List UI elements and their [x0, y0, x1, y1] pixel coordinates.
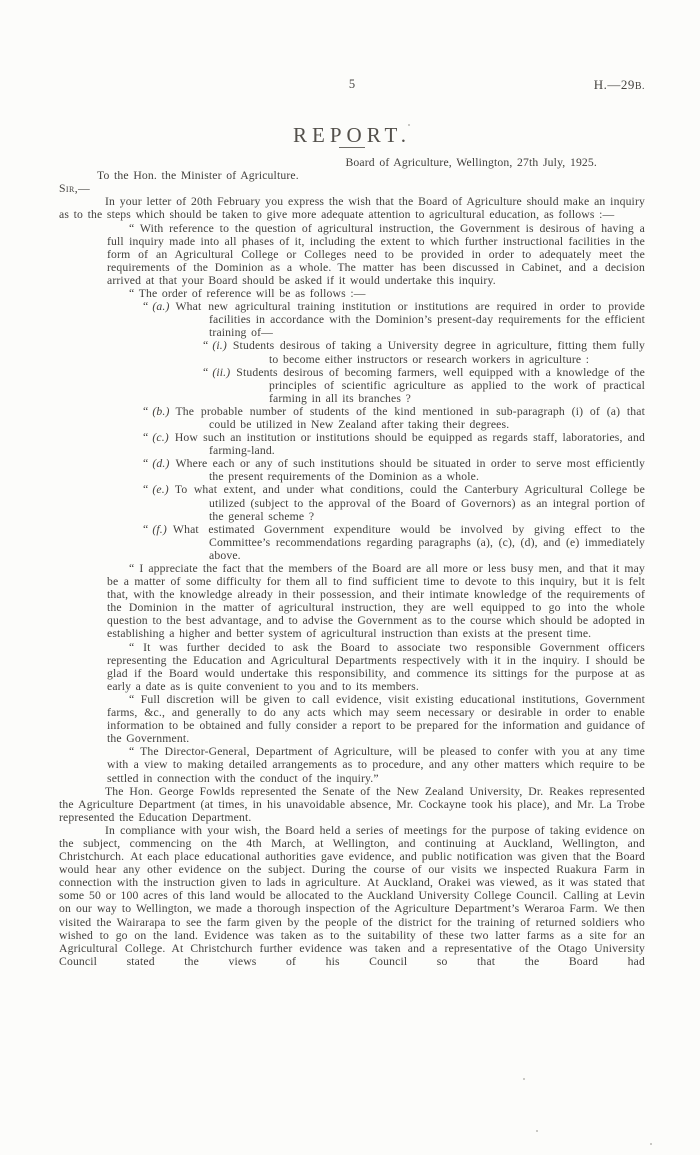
order-item-c: “(c.)How such an institution or institut…: [59, 431, 645, 457]
document-reference-suffix: B.: [635, 81, 645, 92]
paragraph-meetings: In compliance with your wish, the Board …: [59, 824, 645, 968]
scan-speck: [536, 1130, 538, 1132]
dateline: Board of Agriculture, Wellington, 27th J…: [59, 156, 645, 169]
subitem-label: (i.): [212, 339, 227, 352]
item-label: (b.): [152, 405, 169, 418]
order-item-d: “(d.)Where each or any of such instituti…: [59, 457, 645, 483]
scan-speck: [408, 124, 410, 126]
intro-paragraph: In your letter of 20th February you expr…: [59, 195, 645, 221]
subitem-text: Students desirous of taking a University…: [233, 339, 645, 365]
document-reference: H.—29B.: [594, 78, 645, 93]
open-quote: “: [143, 405, 148, 418]
quoted-paragraph-reference: “ With reference to the question of agri…: [59, 222, 645, 287]
order-subitem-i: “(i.)Students desirous of taking a Unive…: [59, 339, 645, 365]
open-quote: “: [203, 366, 208, 379]
scan-speck: [650, 1143, 652, 1145]
order-subitem-ii: “(ii.)Students desirous of becoming farm…: [59, 366, 645, 405]
paragraph-representation: The Hon. George Fowlds represented the S…: [59, 785, 645, 824]
scan-speck: [523, 1078, 525, 1080]
page-header: 5 H.—29B.: [59, 78, 645, 93]
item-label: (e.): [152, 483, 169, 496]
title-rule: [339, 147, 365, 148]
item-text: To what extent, and under what condition…: [175, 483, 645, 522]
quoted-paragraph-officers: “ It was further decided to ask the Boar…: [59, 641, 645, 693]
open-quote: “: [143, 523, 148, 536]
salutation: Sir,—: [59, 182, 645, 195]
subitem-label: (ii.): [212, 366, 230, 379]
order-item-b: “(b.)The probable number of students of …: [59, 405, 645, 431]
order-item-f: “(f.)What estimated Government expenditu…: [59, 523, 645, 562]
item-text: Where each or any of such institutions s…: [176, 457, 646, 483]
addressee-line: To the Hon. the Minister of Agriculture.: [59, 169, 645, 182]
scan-speck: [622, 937, 625, 939]
open-quote: “: [203, 339, 208, 352]
order-item-a: “(a.)What new agricultural training inst…: [59, 300, 645, 339]
open-quote: “: [143, 300, 148, 313]
subitem-text: Students desirous of becoming farmers, w…: [236, 366, 645, 405]
item-text: How such an institution or institutions …: [175, 431, 645, 457]
open-quote: “: [143, 431, 148, 444]
document-reference-prefix: H.—29: [594, 77, 635, 92]
quoted-paragraph-appreciate: “ I appreciate the fact that the members…: [59, 562, 645, 641]
item-text: What estimated Government expenditure wo…: [173, 523, 645, 562]
report-page: 5 H.—29B. REPORT. Board of Agriculture, …: [0, 0, 700, 1155]
item-label: (a.): [152, 300, 169, 313]
quoted-paragraph-discretion: “ Full discretion will be given to call …: [59, 693, 645, 745]
page-number: 5: [349, 78, 355, 91]
report-title: REPORT.: [59, 129, 645, 142]
item-label: (c.): [152, 431, 169, 444]
open-quote: “: [143, 483, 148, 496]
item-label: (d.): [152, 457, 169, 470]
item-text: The probable number of students of the k…: [176, 405, 646, 431]
item-text: What new agricultural training instituti…: [176, 300, 646, 339]
order-item-e: “(e.)To what extent, and under what cond…: [59, 483, 645, 522]
quoted-paragraph-order-of-reference: “ The order of reference will be as foll…: [59, 287, 645, 300]
quoted-paragraph-director-general: “ The Director-General, Department of Ag…: [59, 745, 645, 784]
item-label: (f.): [152, 523, 167, 536]
open-quote: “: [143, 457, 148, 470]
